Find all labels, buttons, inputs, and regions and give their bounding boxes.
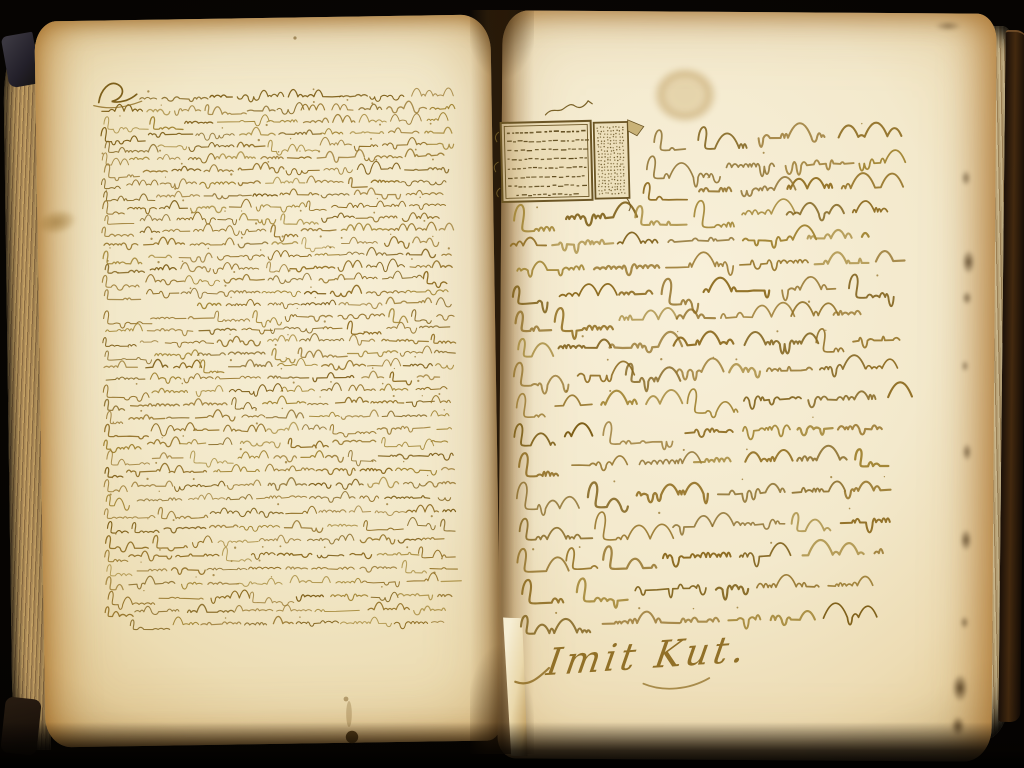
right-page [497,10,996,761]
photo-of-open-book: Imit Kut. [0,0,1024,768]
left-cover-bottom [0,696,42,755]
left-page [34,14,501,747]
stamp-edge-curl [494,162,499,172]
stamp-edge-curl [497,188,501,197]
stamp-edge-curl [495,132,499,142]
